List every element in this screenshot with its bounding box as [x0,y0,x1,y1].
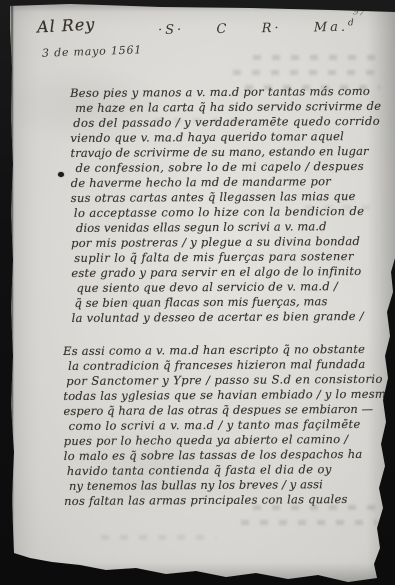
body-paragraph-2: Es assi como a v. ma.d han escripto q̃ n… [63,342,394,509]
bleed-through-smudge [236,520,378,525]
folio-number: 97 [352,7,365,18]
manuscript-page: 97 Al Rey 3 de mayo 1561 ·S· C R· Ma.d B… [0,0,395,585]
body-paragraph-1: Beso pies y manos a v. ma.d por tantas m… [70,84,383,326]
manuscript-line: lo acceptasse como lo hize con la bendic… [74,204,382,221]
salutation-text: ·S· C R· Ma. [158,20,348,38]
bleed-through-smudge [228,70,380,75]
manuscript-line: la voluntad y desseo de acertar es bien … [72,309,383,326]
manuscript-scan: 97 Al Rey 3 de mayo 1561 ·S· C R· Ma.d B… [0,0,395,585]
salutation-heading: ·S· C R· Ma.d [158,18,354,38]
manuscript-line: que siento que devo al servicio de v. ma… [76,279,382,296]
salutation-superscript: d [348,18,354,28]
bleed-through-smudge [248,55,380,60]
margin-bullet-mark [58,172,64,177]
manuscript-line: lo malo es q̃ sobre las tassas de los de… [64,447,394,464]
addressee-heading: Al Rey [37,14,96,36]
bleed-through-smudge [96,535,216,540]
manuscript-line: nos faltan las armas principales con las… [64,492,394,509]
binding-gutter-shadow [11,5,13,555]
date-heading: 3 de mayo 1561 [42,43,142,59]
manuscript-line: de confession, sobre lo de mi capelo / d… [76,159,382,176]
